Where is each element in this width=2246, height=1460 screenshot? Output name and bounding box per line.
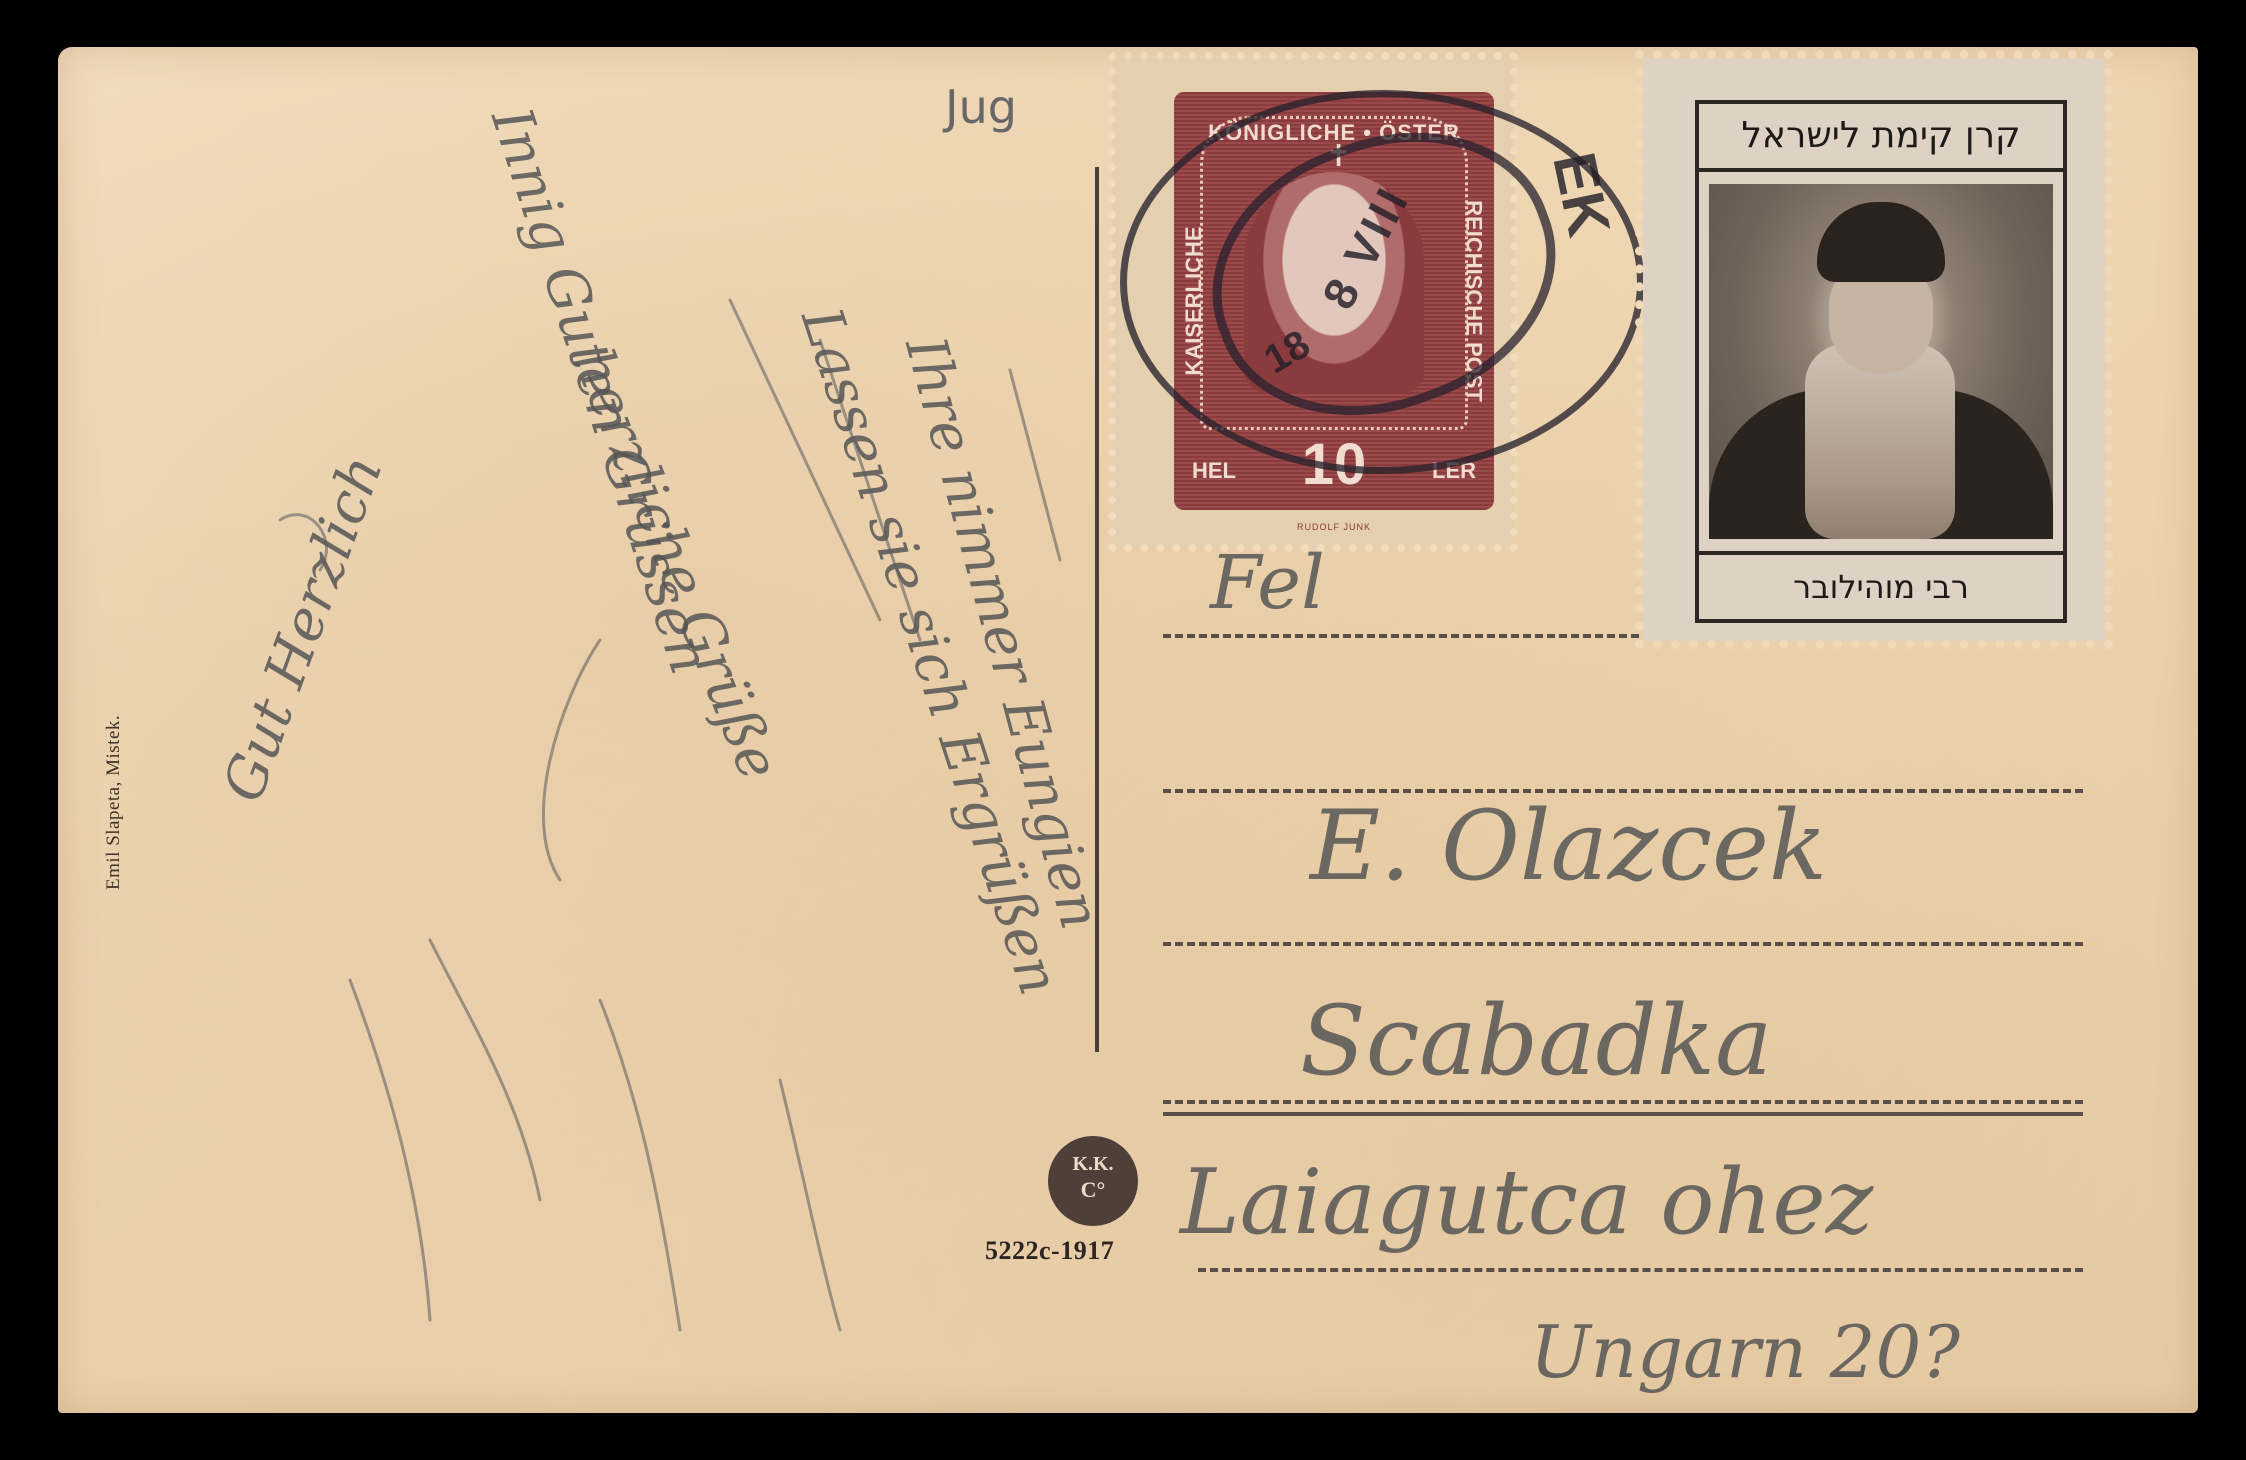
label-caption: רבי מוהילובר — [1699, 551, 2063, 619]
address-line-3: Scabadka — [1300, 985, 1772, 1097]
portrait-hat — [1817, 202, 1945, 282]
address-line-5: Ungarn 20? — [1530, 1310, 1960, 1394]
address-line-2: E. Olazcek — [1310, 790, 1827, 902]
address-line-4: Laiagutca ohez — [1180, 1150, 1873, 1255]
address-line-3-rule — [1163, 942, 2083, 946]
address-line-4-rule — [1163, 1100, 2083, 1104]
label-title: קרן קימת לישראל — [1699, 104, 2063, 172]
address-line-4-underline — [1163, 1112, 2083, 1116]
label-frame: קרן קימת לישראל רבי מוהילובר — [1695, 100, 2067, 623]
series-number: 5222c-1917 — [985, 1236, 1114, 1266]
rabbi-portrait-icon — [1709, 184, 2053, 539]
logo-line-2: C° — [1048, 1176, 1138, 1204]
address-line-1: Fel — [1210, 540, 1325, 626]
pencil-note: Jug — [945, 80, 1017, 134]
kk-co-logo: K.K. C° — [1048, 1136, 1138, 1226]
logo-line-1: K.K. — [1048, 1136, 1138, 1176]
publisher-imprint: Emil Slapeta, Mistek. — [103, 715, 125, 890]
stamp-engraver-imprint: RUDOLF JUNK — [1174, 522, 1494, 532]
address-line-5-rule — [1198, 1268, 2083, 1272]
kkl-charity-label: קרן קימת לישראל רבי מוהילובר — [1643, 58, 2105, 641]
